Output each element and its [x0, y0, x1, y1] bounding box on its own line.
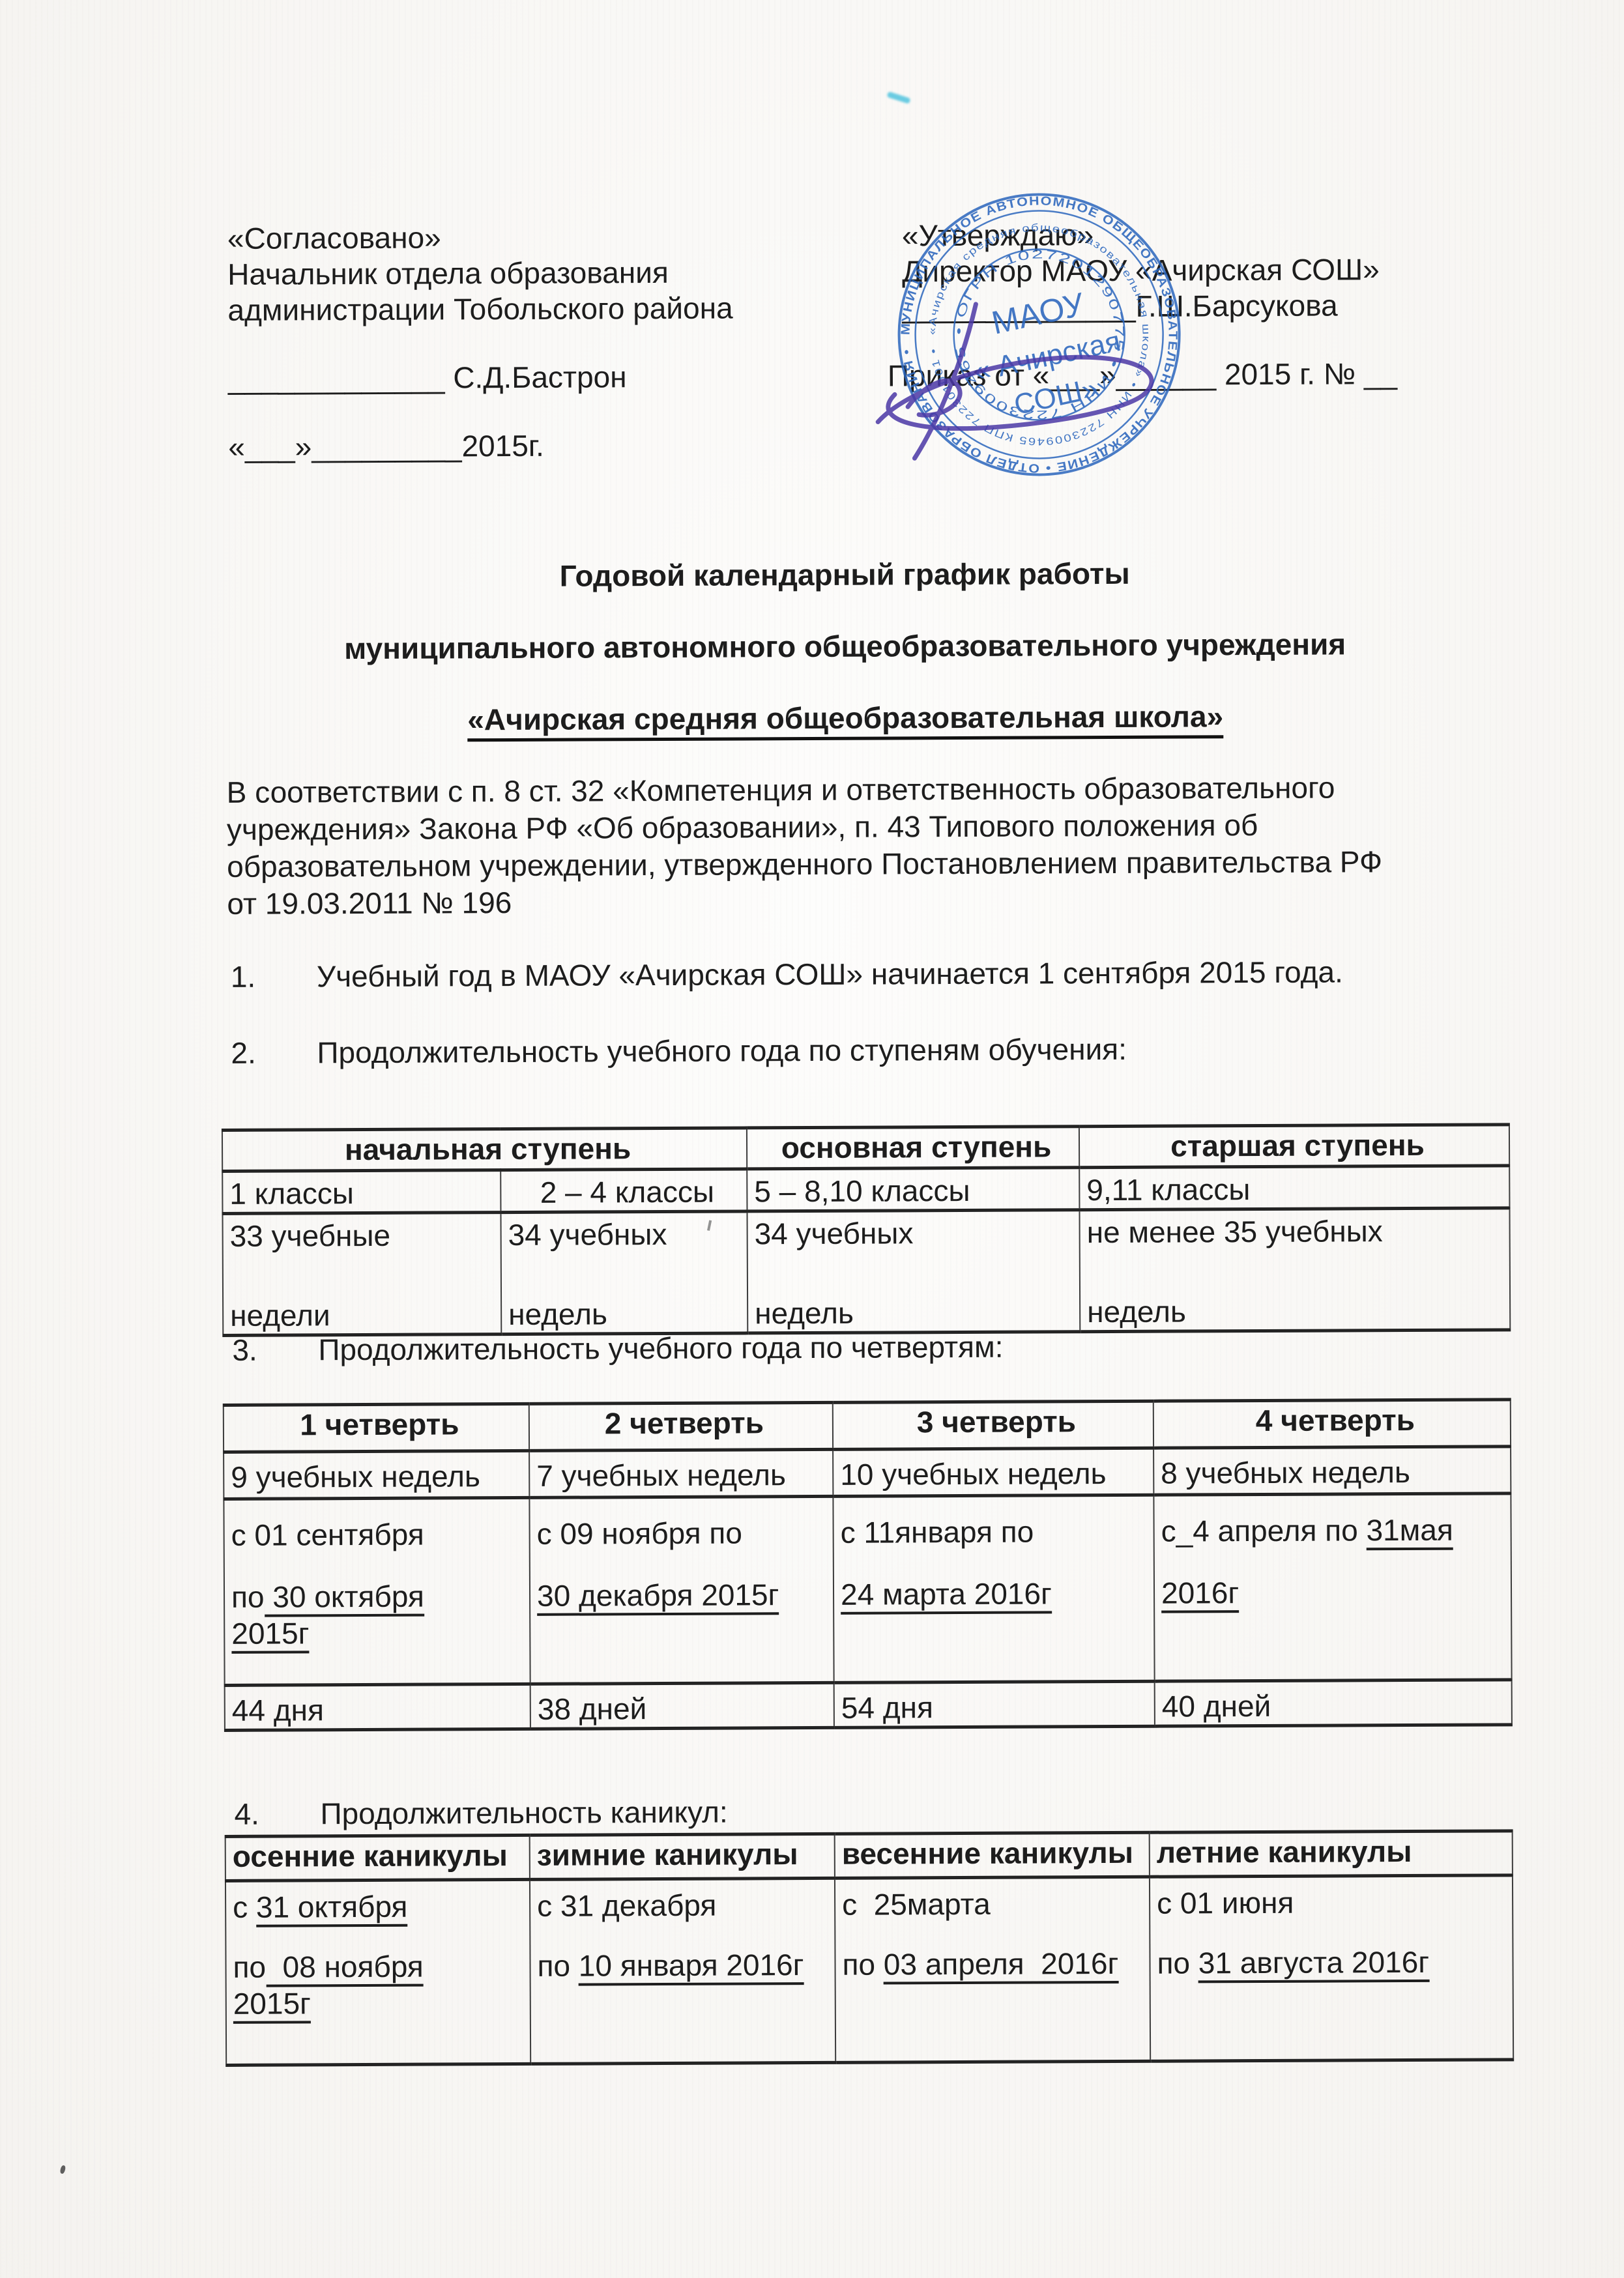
date-text: по [231, 1580, 265, 1614]
table-header-cell: летние каникулы [1150, 1831, 1513, 1877]
intro-line1: В соответствии с п. 8 ст. 32 «Компетенци… [227, 769, 1382, 811]
date-text: с 01 сентября [231, 1518, 424, 1552]
weeks-word: недель [508, 1295, 747, 1333]
table-header-cell: весенние каникулы [835, 1832, 1150, 1878]
approval-left-date-line: «___»_________2015г. [228, 427, 544, 465]
table-cell: с 01 июня по 31 августа 2016г [1150, 1875, 1513, 2061]
table-header-cell: основная ступень [747, 1127, 1079, 1169]
table-cell: с 31 октября по 08 ноября 2015г [225, 1879, 530, 2065]
date-underlined: 08 ноября [266, 1950, 424, 1987]
table-cell: с 01 сентября по 30 октября 2015г [224, 1497, 530, 1685]
date-text: с 09 ноября по [537, 1516, 742, 1550]
table-cell: 54 дня [834, 1681, 1155, 1727]
table-row: 1 четверть 2 четверть 3 четверть 4 четве… [224, 1400, 1511, 1452]
table-header-cell: 1 четверть [224, 1404, 529, 1452]
table-quarters: 1 четверть 2 четверть 3 четверть 4 четве… [223, 1398, 1513, 1732]
date-text: по [1157, 1946, 1198, 1980]
table-cell: с 11января по 24 марта 2016г [833, 1495, 1154, 1682]
table-header-cell: зимние каникулы [530, 1834, 835, 1879]
intro-line4: от 19.03.2011 № 196 [227, 880, 1382, 923]
table-study-stages: начальная ступень основная ступень старш… [222, 1123, 1511, 1337]
approval-left-line2: Начальник отдела образования [227, 254, 669, 293]
table-cell: 1 классы [222, 1170, 500, 1214]
list-item-4: 4.Продолжительность каникул: [234, 1794, 727, 1832]
table-row: осенние каникулы зимние каникулы весенни… [225, 1831, 1513, 1881]
date-underlined: 03 апреля 2016г [884, 1946, 1119, 1985]
item-text: Учебный год в МАОУ «Ачирская СОШ» начина… [317, 955, 1343, 993]
document-title-line2: муниципального автономного общеобразоват… [194, 625, 1497, 667]
date-text: с 31 декабря [537, 1888, 716, 1923]
table-cell: 34 учебных недель [500, 1211, 747, 1334]
table-row: 33 учебные недели 34 учебных недель 34 у… [222, 1208, 1510, 1336]
weeks-word: недель [1087, 1291, 1509, 1330]
approval-right-line1: «Утверждаю» [902, 216, 1094, 253]
item-text: Продолжительность каникул: [320, 1795, 727, 1831]
scan-content: «Согласовано» Начальник отдела образован… [0, 0, 1624, 2278]
table-vacations: осенние каникулы зимние каникулы весенни… [225, 1829, 1515, 2067]
approval-right-line2: Директор МАОУ «Ачирская СОШ» [902, 251, 1380, 289]
document-title-line1: Годовой календарный график работы [193, 553, 1496, 596]
weeks-word: недель [755, 1293, 1079, 1331]
table-header-cell: осенние каникулы [225, 1835, 530, 1881]
scan-artifact-speck [59, 2165, 66, 2174]
table-cell: 44 дня [225, 1684, 530, 1730]
table-cell: 38 дней [530, 1682, 834, 1729]
date-underlined: 24 марта 2016г [841, 1576, 1052, 1614]
list-item-2: 2.Продолжительность учебного года по сту… [231, 1031, 1127, 1071]
table-cell: с_4 апреля по 31мая 2016г [1153, 1493, 1511, 1681]
item-number: 2. [231, 1034, 317, 1071]
date-underlined: 2016г [1161, 1576, 1239, 1613]
table-cell: 8 учебных недель [1153, 1447, 1511, 1495]
table-row: 9 учебных недель 7 учебных недель 10 уче… [224, 1447, 1511, 1499]
table-header-cell: старшая ступень [1079, 1125, 1509, 1168]
table-cell: с 31 декабря по 10 января 2016г [530, 1878, 835, 2064]
date-text: по [537, 1949, 579, 1983]
date-underlined: 31мая [1366, 1513, 1453, 1551]
weeks-word: недели [230, 1296, 500, 1334]
table-cell: 40 дней [1155, 1680, 1512, 1726]
intro-paragraph: В соответствии с п. 8 ст. 32 «Компетенци… [227, 769, 1383, 923]
table-cell: 5 – 8,10 классы [747, 1168, 1079, 1211]
table-cell: 9,11 классы [1079, 1166, 1509, 1210]
table-cell: с 25марта по 03 апреля 2016г [835, 1877, 1150, 2062]
date-underlined: 31 августа 2016г [1198, 1945, 1430, 1983]
table-header-cell: начальная ступень [222, 1128, 747, 1172]
date-text: с [233, 1890, 256, 1924]
approval-right-signature-line: ______________Г.Ш.Барсукова [902, 287, 1338, 325]
title-underlined-school-name: «Ачирская средняя общеобразовательная шк… [467, 699, 1223, 742]
approval-left-line1: «Согласовано» [227, 219, 441, 256]
weeks-count: 34 учебных [755, 1214, 1079, 1252]
date-underlined: 2015г [231, 1616, 309, 1654]
table-row: 1 классы 2 – 4 классы 5 – 8,10 классы 9,… [222, 1166, 1509, 1214]
table-row: начальная ступень основная ступень старш… [222, 1125, 1509, 1172]
table-cell: 10 учебных недель [833, 1448, 1153, 1496]
table-row: с 01 сентября по 30 октября 2015г с 09 н… [224, 1493, 1511, 1686]
table-header-cell: 4 четверть [1153, 1400, 1511, 1448]
intro-line3: образовательном учреждении, утвержденног… [227, 843, 1382, 886]
table-row: 44 дня 38 дней 54 дня 40 дней [225, 1680, 1512, 1731]
approval-right-order-line: Приказ от «___»______ 2015 г. № __ [888, 355, 1397, 394]
date-text: по [842, 1948, 884, 1982]
weeks-count: не менее 35 учебных [1087, 1212, 1509, 1250]
date-underlined: 30 декабря 2015г [537, 1578, 779, 1616]
table-header-cell: 2 четверть [529, 1402, 833, 1450]
table-cell: 33 учебные недели [222, 1213, 501, 1336]
intro-line2: учреждения» Закона РФ «Об образовании», … [227, 806, 1382, 848]
item-number: 1. [231, 958, 317, 995]
list-item-1: 1.Учебный год в МАОУ «Ачирская СОШ» начи… [231, 953, 1343, 994]
date-text: с 11января по [841, 1515, 1034, 1550]
scanned-document-page: «Согласовано» Начальник отдела образован… [0, 0, 1624, 2278]
item-text: Продолжительность учебного года по ступе… [317, 1032, 1127, 1069]
approval-left-line3: администрации Тобольского района [227, 290, 732, 328]
table-cell: не менее 35 учебных недель [1079, 1208, 1510, 1332]
table-cell: 7 учебных недель [529, 1449, 833, 1497]
table-row: с 31 октября по 08 ноября 2015г с 31 дек… [225, 1875, 1513, 2066]
date-text: по [233, 1950, 266, 1984]
date-underlined: 2015г [233, 1986, 311, 2024]
date-underlined: 31 октября [256, 1890, 408, 1927]
table-cell: 34 учебных недель [747, 1210, 1080, 1333]
item-number: 4. [234, 1795, 320, 1832]
table-header-cell: 3 четверть [833, 1401, 1153, 1449]
weeks-count: 33 учебные [230, 1217, 500, 1254]
date-underlined: 30 октября [264, 1579, 424, 1617]
document-title-line3: «Ачирская средняя общеобразовательная шк… [194, 697, 1497, 739]
table-cell: 2 – 4 классы [500, 1169, 747, 1213]
date-text: с 01 июня [1157, 1886, 1294, 1920]
approval-left-signature-line: _____________ С.Д.Бастрон [228, 358, 627, 397]
date-underlined: 10 января 2016г [579, 1948, 804, 1986]
table-cell: с 09 ноября по 30 декабря 2015г [529, 1496, 834, 1684]
date-text: с 25марта [842, 1887, 991, 1922]
table-cell: 9 учебных недель [224, 1450, 529, 1499]
date-text: с_4 апреля по [1161, 1513, 1367, 1548]
scan-artifact-ink-smudge [887, 91, 911, 104]
